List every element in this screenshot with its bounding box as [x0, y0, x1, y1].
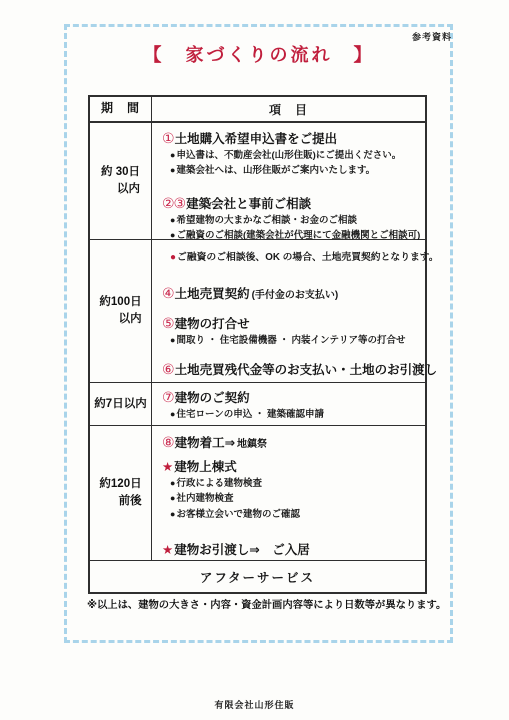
bullet-item: ●建築会社へは、山形住販がご案内いたします。	[170, 165, 421, 177]
document-page: 参考資料 【 家づくりの流れ 】 期 間 項 目 約 30日 以内 ①土地購入希…	[0, 0, 509, 720]
bullet-item: ●行政による建物検査	[170, 478, 421, 490]
circled-number-icon: ⑦	[162, 389, 174, 405]
step-title: ★建物上棟式	[162, 460, 421, 475]
bullet-icon: ●	[170, 215, 175, 225]
circled-number-icon: ⑧	[162, 434, 174, 450]
step-title: ①土地購入希望申込書をご提出	[162, 130, 421, 147]
step-title-suffix: 地鎮祭	[237, 439, 267, 450]
bullet-item: ●希望建物の大まかなご相談・お金のご相談	[170, 215, 421, 227]
bullet-icon: ●	[170, 165, 175, 175]
period-cell: 約100日 以内	[90, 240, 152, 382]
circled-number-icon: ②③	[162, 195, 185, 211]
circled-number-icon: ①	[162, 130, 174, 146]
period-line: 以内	[99, 311, 141, 328]
period-line: 前後	[99, 493, 141, 510]
header-item: 項 目	[152, 97, 425, 121]
period-cell: 約7日以内	[90, 383, 152, 425]
after-service-row: アフターサービス	[90, 560, 425, 592]
bullet-item: ●お客様立会いで建物のご確認	[170, 509, 421, 521]
bullet-icon: ●	[170, 478, 175, 488]
header-period: 期 間	[90, 97, 152, 121]
page-title: 【 家づくりの流れ 】	[66, 41, 452, 67]
bullet-item: ●社内建物検査	[170, 493, 421, 505]
item-cell: ●ご融資のご相談後、OK の場合、土地売買契約となります。 ④土地売買契約(手付…	[152, 240, 443, 382]
step-title-suffix: (手付金のお支払い)	[252, 290, 339, 301]
period-line: 約7日以内	[94, 396, 146, 413]
item-cell: ①土地購入希望申込書をご提出 ●申込書は、不動産会社(山形住販)にご提出ください…	[152, 123, 425, 239]
footnote: ※以上は、建物の大きさ・内容・資金計画内容等により日数等が異なります。	[87, 596, 432, 611]
step-title: ②③建築会社と事前ご相談	[162, 195, 421, 212]
bullet-icon: ●	[170, 409, 175, 419]
bullet-icon: ●	[170, 150, 175, 160]
flow-table: 期 間 項 目 約 30日 以内 ①土地購入希望申込書をご提出 ●申込書は、不動…	[88, 95, 427, 594]
bullet-icon: ●	[170, 230, 175, 240]
step-title: ⑤建物の打合せ	[162, 315, 439, 332]
table-header-row: 期 間 項 目	[90, 97, 425, 122]
period-line: 約100日	[99, 294, 141, 311]
bullet-item: ●間取り ・ 住宅設備機器 ・ 内装インテリア等の打合せ	[170, 335, 439, 347]
item-cell: ⑦建物のご契約 ●住宅ローンの申込 ・ 建築確認申請	[152, 383, 425, 425]
period-cell: 約120日 前後	[90, 426, 152, 560]
star-icon: ★	[162, 543, 173, 557]
step-title: ★建物お引渡し⇒ ご入居	[162, 543, 421, 558]
red-bullet-icon: ●	[170, 252, 176, 263]
bullet-item: ●住宅ローンの申込 ・ 建築確認申請	[170, 409, 421, 421]
circled-number-icon: ④	[162, 285, 174, 301]
red-bullet-note: ●ご融資のご相談後、OK の場合、土地売買契約となります。	[170, 251, 439, 265]
table-row: 約120日 前後 ⑧建物着工⇒地鎮祭 ★建物上棟式 ●行政による建物検査 ●社内…	[90, 425, 425, 560]
bullet-icon: ●	[170, 493, 175, 503]
period-line: 以内	[101, 181, 140, 198]
item-cell: ⑧建物着工⇒地鎮祭 ★建物上棟式 ●行政による建物検査 ●社内建物検査 ●お客様…	[152, 426, 425, 560]
step-title: ⑦建物のご契約	[162, 389, 421, 406]
table-row: 約 30日 以内 ①土地購入希望申込書をご提出 ●申込書は、不動産会社(山形住販…	[90, 122, 425, 239]
period-cell: 約 30日 以内	[90, 123, 152, 239]
circled-number-icon: ⑥	[162, 361, 174, 377]
period-line: 約 30日	[101, 164, 140, 181]
step-title: ④土地売買契約(手付金のお支払い)	[162, 285, 439, 302]
table-row: 約100日 以内 ●ご融資のご相談後、OK の場合、土地売買契約となります。 ④…	[90, 239, 425, 382]
bullet-icon: ●	[170, 509, 175, 519]
step-title: ⑧建物着工⇒地鎮祭	[162, 434, 421, 451]
bullet-item: ●申込書は、不動産会社(山形住販)にご提出ください。	[170, 150, 421, 162]
table-row: 約7日以内 ⑦建物のご契約 ●住宅ローンの申込 ・ 建築確認申請	[90, 382, 425, 425]
bullet-icon: ●	[170, 335, 175, 345]
step-title: ⑥土地売買残代金等のお支払い・土地のお引渡し	[162, 361, 439, 378]
period-line: 約120日	[99, 476, 141, 493]
circled-number-icon: ⑤	[162, 315, 174, 331]
company-name: 有限会社山形住販	[0, 698, 509, 711]
star-icon: ★	[162, 460, 173, 474]
